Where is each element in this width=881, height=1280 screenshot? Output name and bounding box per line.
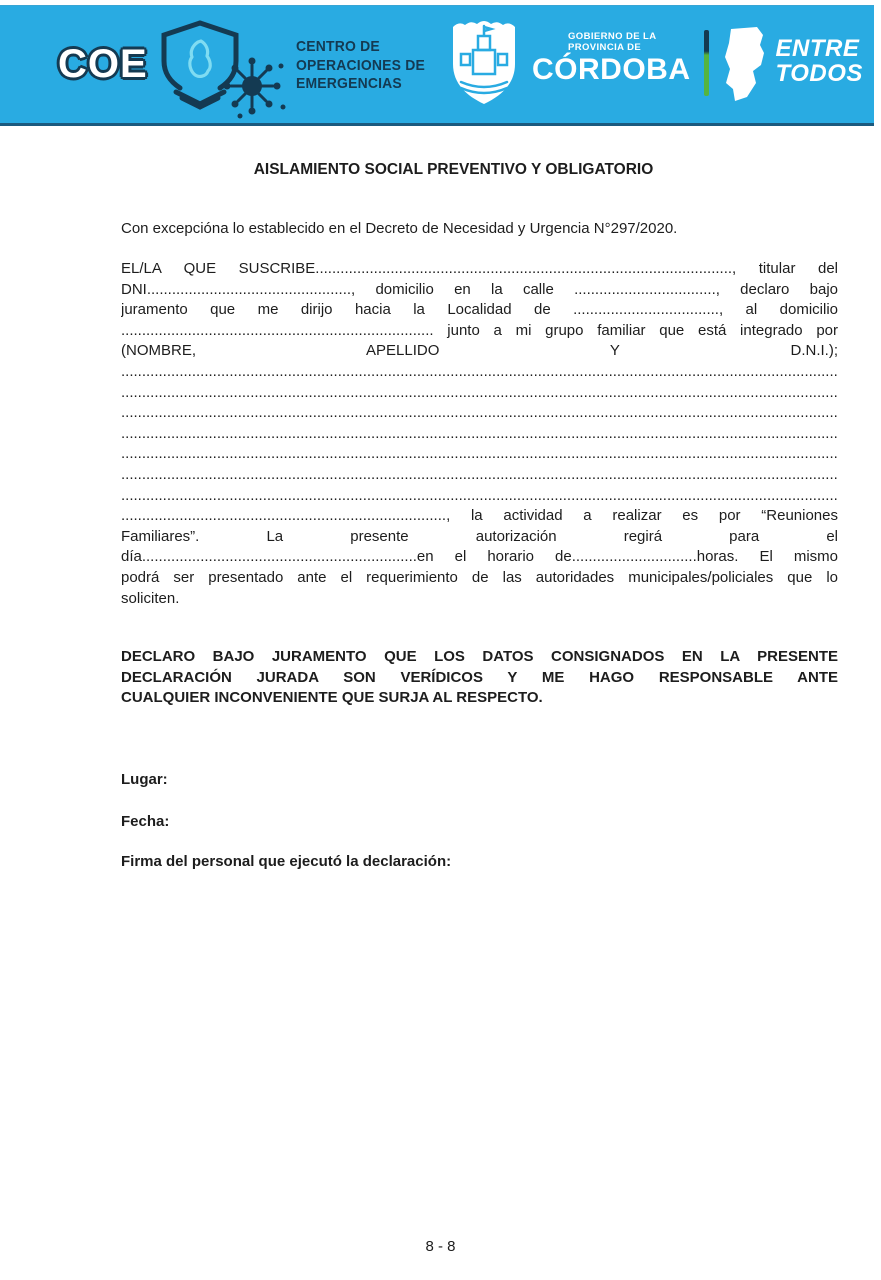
declaration-line: soliciten. xyxy=(121,589,838,610)
sworn-statement: DECLARO BAJO JURAMENTO QUE LOS DATOS CON… xyxy=(121,647,838,709)
declaration-line: podrá ser presentado ante el requerimien… xyxy=(121,568,838,589)
declaration-line: ........................................… xyxy=(121,506,838,527)
page-number: 8 - 8 xyxy=(0,1238,881,1255)
government-label-line: GOBIERNO DE LA xyxy=(568,32,691,43)
dotted-fill-line: ........................................… xyxy=(121,444,838,465)
entre-todos-line: ENTRE xyxy=(776,36,863,61)
cordoba-government-logo: GOBIERNO DE LA PROVINCIA DE CÓRDOBA ENTR… xyxy=(448,18,863,108)
dotted-fill-line: ........................................… xyxy=(121,424,838,445)
dotted-fill-line: ........................................… xyxy=(121,403,838,424)
coe-acronym: COE xyxy=(58,42,148,87)
coe-org-line: EMERGENCIAS xyxy=(296,75,425,94)
sworn-statement-line: DECLARO BAJO JURAMENTO QUE LOS DATOS CON… xyxy=(121,647,838,668)
virus-icon xyxy=(222,52,288,122)
sworn-statement-line: CUALQUIER INCONVENIENTE QUE SURJA AL RES… xyxy=(121,688,838,709)
coat-of-arms-icon xyxy=(448,18,520,108)
coe-logo: COE xyxy=(58,16,434,122)
entre-todos-line: TODOS xyxy=(776,61,863,86)
province-map-icon xyxy=(722,26,766,104)
document-page: { "theme":{ "banner":"#29abe2","navy":"#… xyxy=(0,0,881,1280)
document-title: AISLAMIENTO SOCIAL PREVENTIVO Y OBLIGATO… xyxy=(121,161,838,179)
cordoba-wordmark: GOBIERNO DE LA PROVINCIA DE CÓRDOBA xyxy=(532,32,691,86)
declaration-line: (NOMBRE, APELLIDO Y D.N.I.); xyxy=(121,341,838,362)
declaration-line: ........................................… xyxy=(121,321,838,342)
place-label: Lugar: xyxy=(121,770,168,791)
province-name: CÓRDOBA xyxy=(532,53,691,86)
signature-label: Firma del personal que ejecutó la declar… xyxy=(121,852,451,873)
entre-todos-wordmark: ENTRE TODOS xyxy=(776,36,863,86)
coe-org-line: CENTRO DE xyxy=(296,38,425,57)
declaration-line: DNI.....................................… xyxy=(121,280,838,301)
declaration-line: Familiares”. La presente autorización re… xyxy=(121,527,838,548)
sworn-statement-line: DECLARACIÓN JURADA SON VERÍDICOS Y ME HA… xyxy=(121,668,838,689)
declaration-paragraph: EL/LA QUE SUSCRIBE......................… xyxy=(121,259,838,609)
government-label-line: PROVINCIA DE xyxy=(568,43,691,54)
declaration-line: día.....................................… xyxy=(121,547,838,568)
dotted-fill-line: ........................................… xyxy=(121,362,838,383)
declaration-line: EL/LA QUE SUSCRIBE......................… xyxy=(121,259,838,280)
dotted-fill-line: ........................................… xyxy=(121,465,838,486)
date-label: Fecha: xyxy=(121,812,169,833)
header-banner: COE xyxy=(0,5,874,126)
coe-org-name: CENTRO DE OPERACIONES DE EMERGENCIAS xyxy=(296,38,425,94)
brand-divider-bar xyxy=(704,30,709,96)
dotted-fill-line: ........................................… xyxy=(121,486,838,507)
dotted-fill-line: ........................................… xyxy=(121,383,838,404)
coe-org-line: OPERACIONES DE xyxy=(296,57,425,76)
intro-paragraph: Con excepcióna lo establecido en el Decr… xyxy=(121,219,838,240)
declaration-line: juramento que me dirijo hacia la Localid… xyxy=(121,300,838,321)
